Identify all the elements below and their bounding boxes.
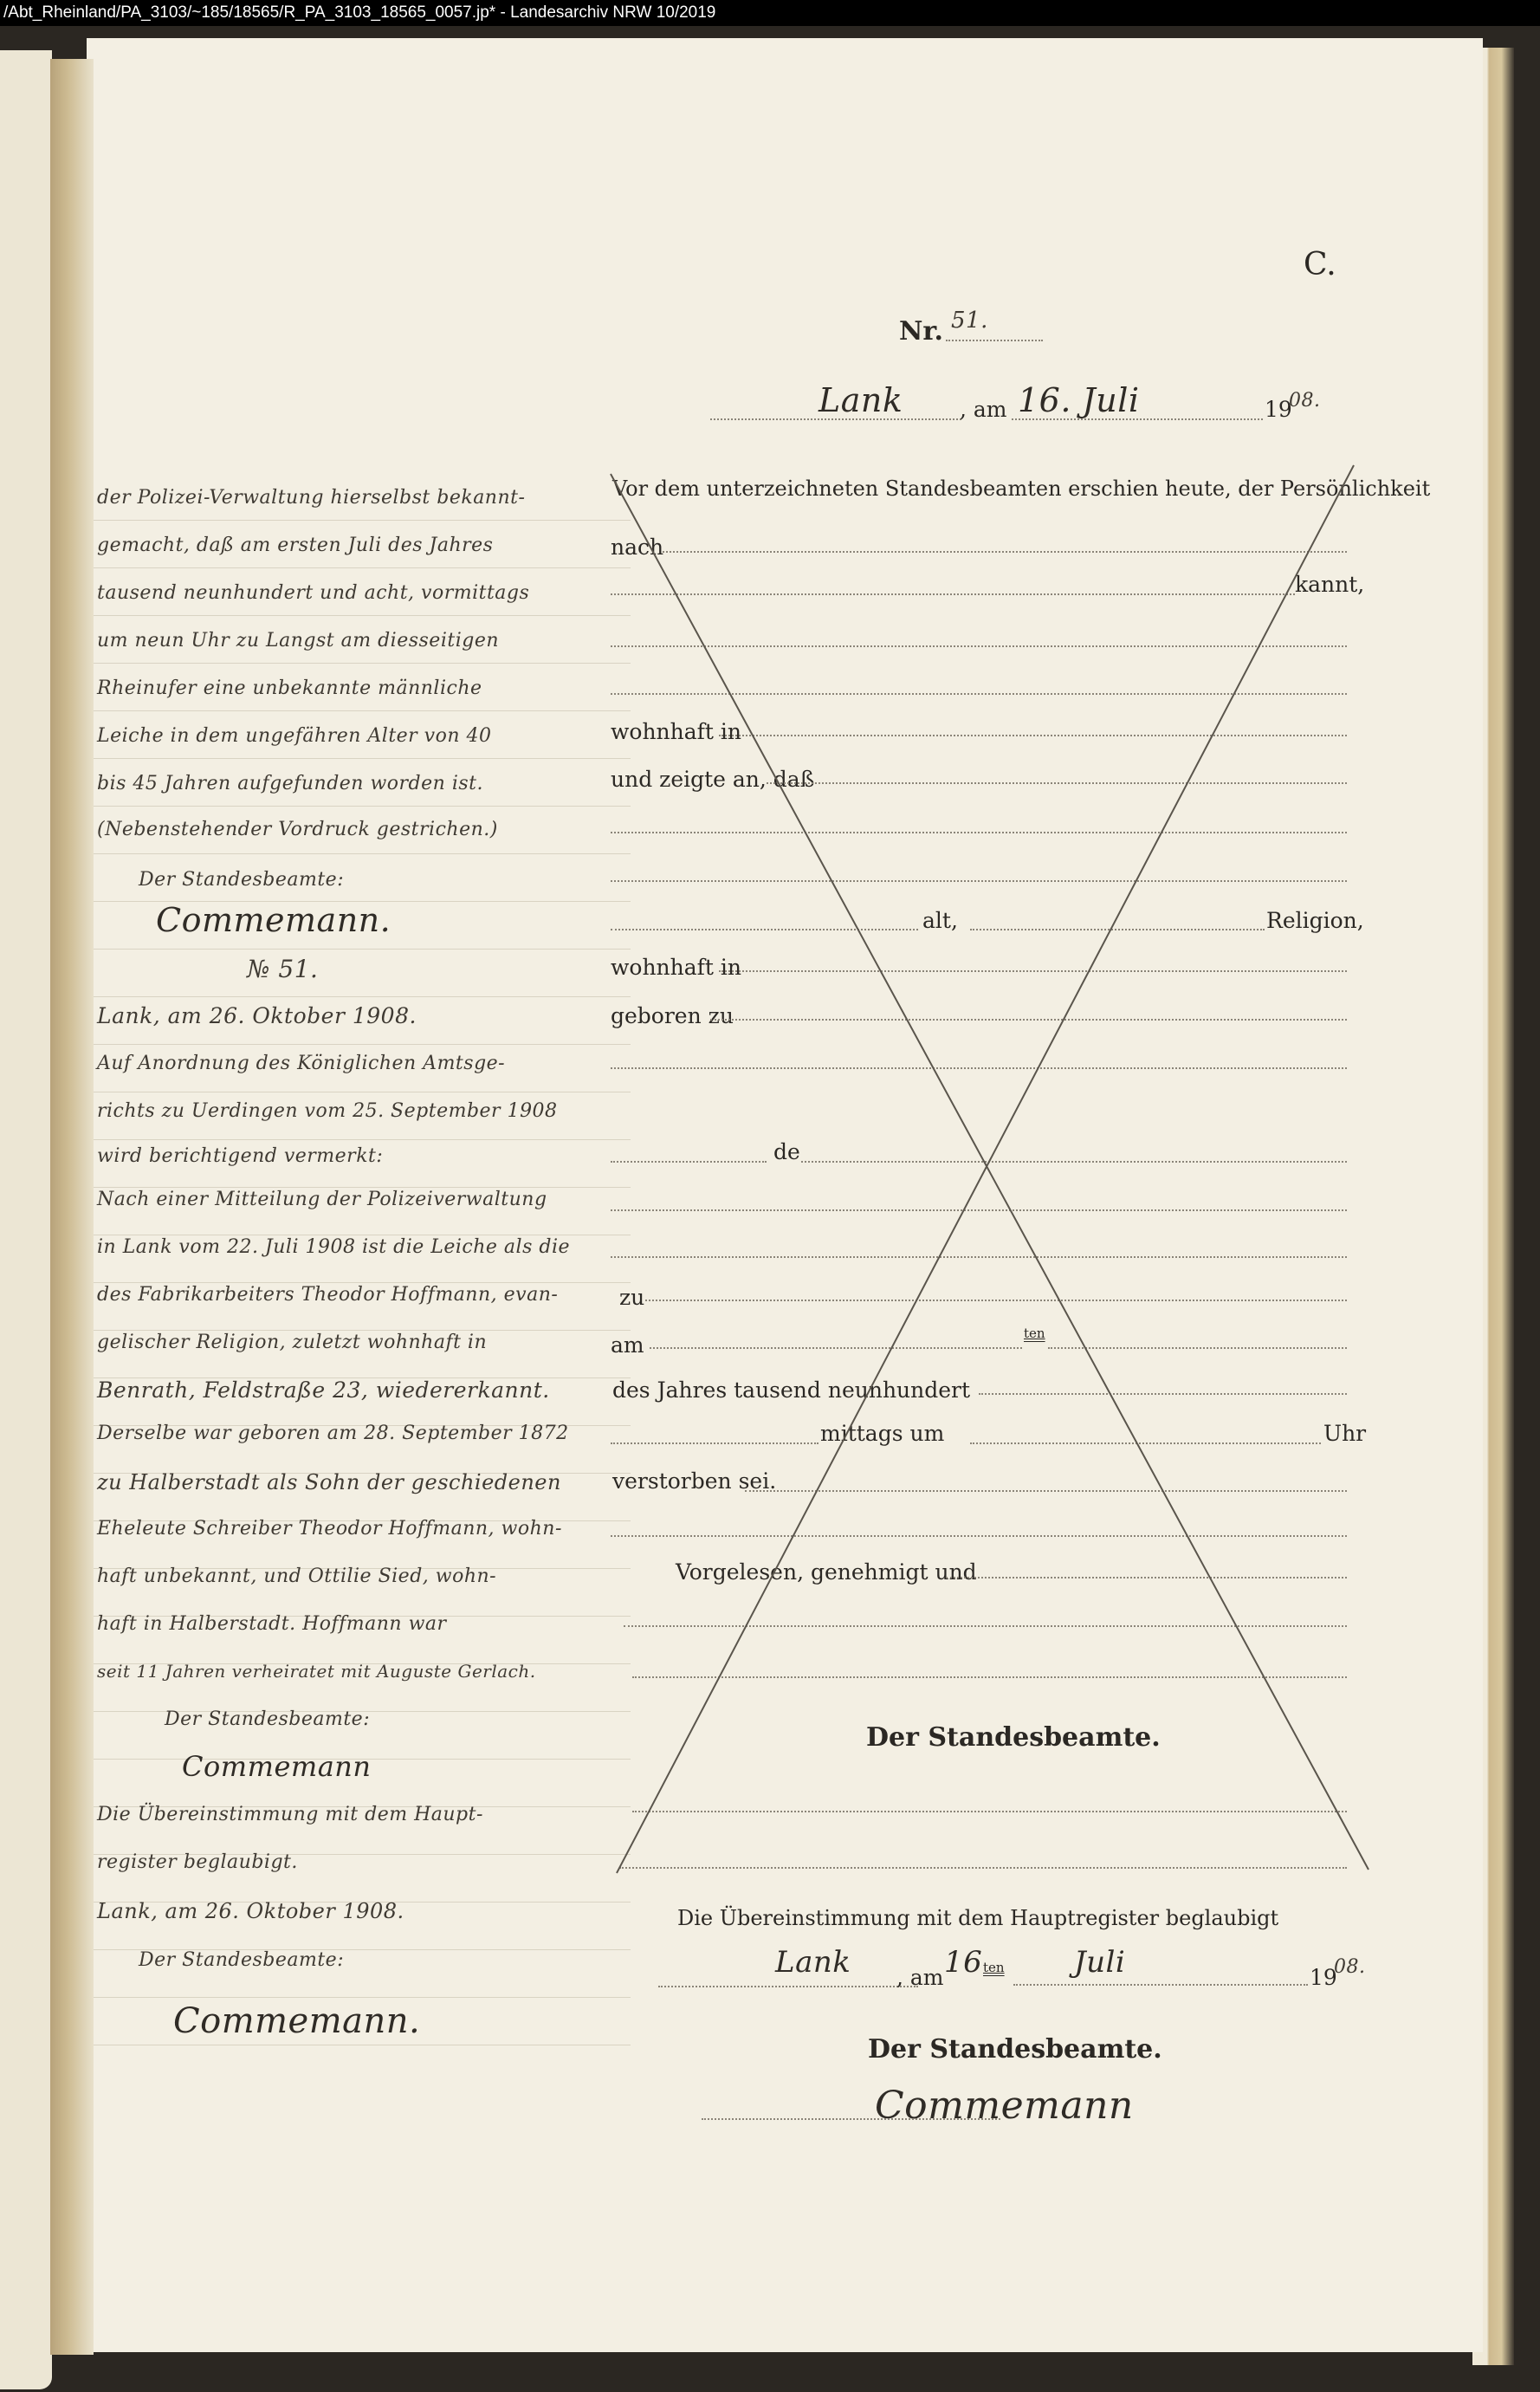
cert-ten: ten bbox=[983, 1960, 1005, 1975]
certification-text: Die Übereinstimmung mit dem Hauptregiste… bbox=[677, 1906, 1278, 1930]
cert-signature-line bbox=[702, 2118, 1000, 2120]
cert-place-value: Lank bbox=[775, 1945, 851, 1980]
cert-place-field bbox=[658, 1986, 918, 1987]
cert-month-value: Juli bbox=[1074, 1945, 1125, 1980]
cert-signature: Commemann bbox=[875, 2084, 1134, 2128]
cert-standesbeamte-title: Der Standesbeamte. bbox=[868, 2034, 1162, 2065]
cert-year-value: 08. bbox=[1334, 1956, 1366, 1978]
cert-am-label: , am bbox=[896, 1965, 944, 1990]
cert-month-field bbox=[1013, 1984, 1308, 1986]
strike-through-cross bbox=[0, 0, 1540, 2392]
cert-day-value: 16 bbox=[944, 1945, 982, 1980]
